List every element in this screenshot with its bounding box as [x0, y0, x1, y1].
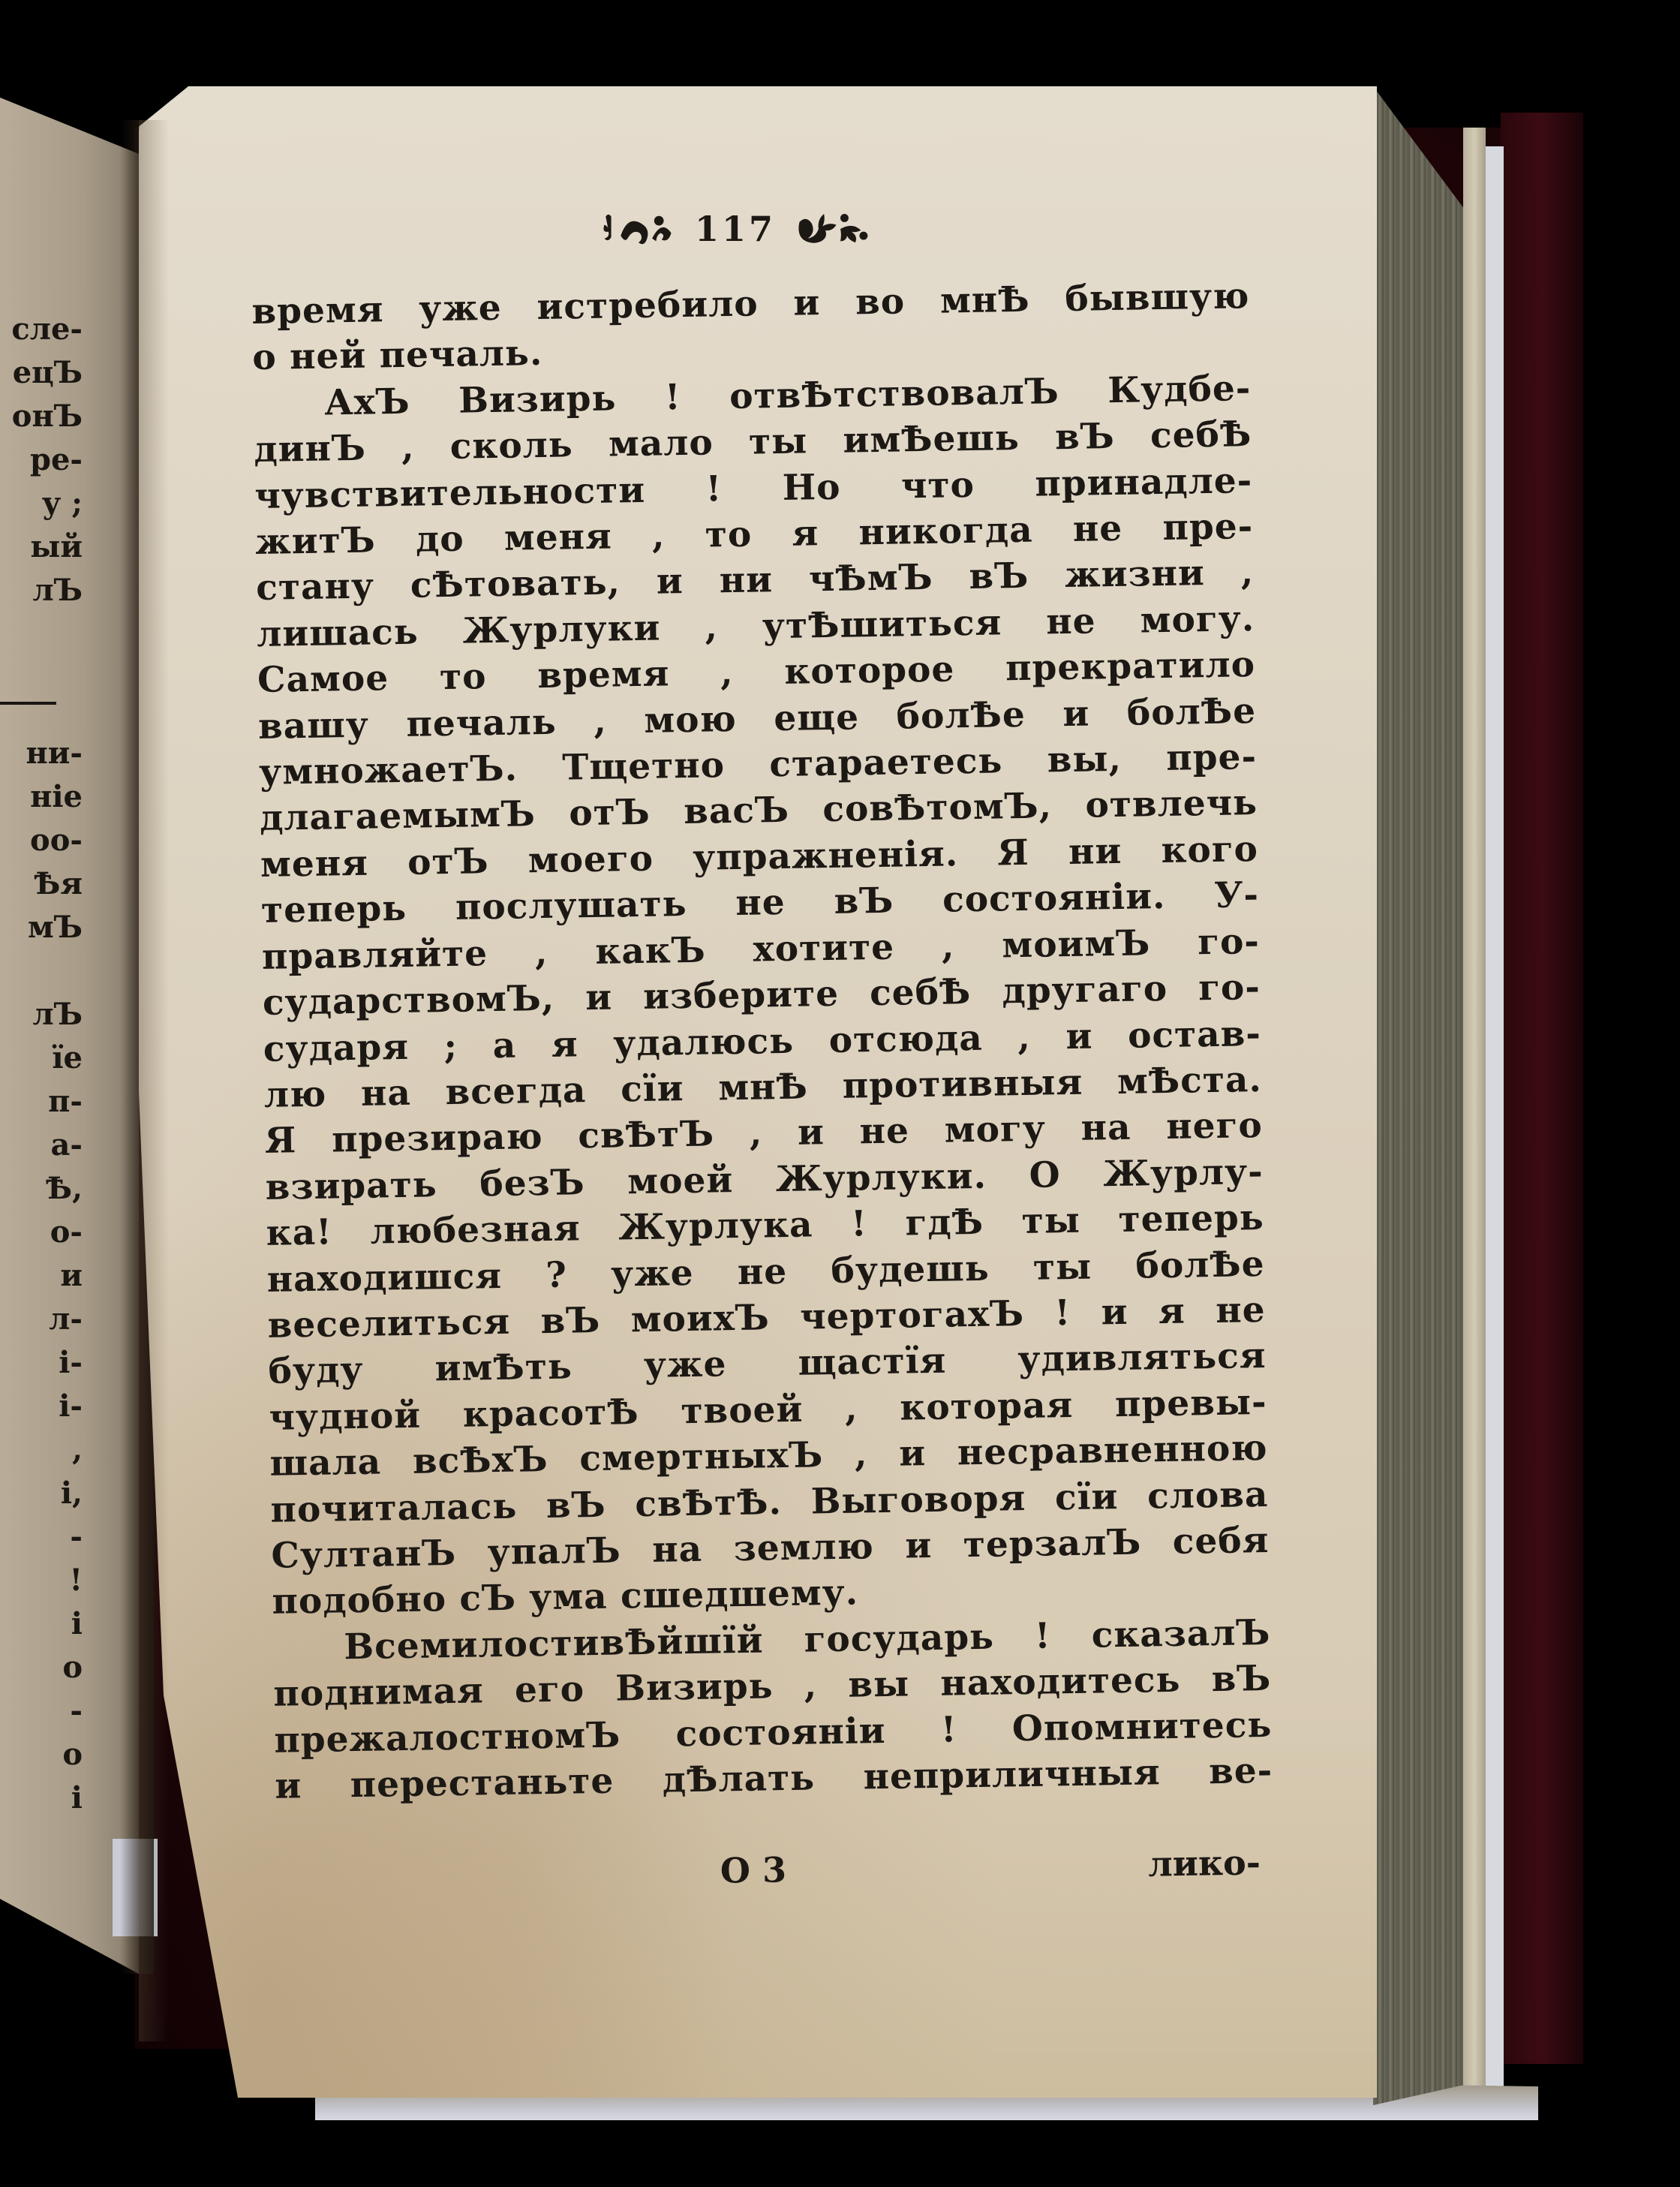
left-fragment: і, — [0, 1472, 83, 1515]
left-fragment: , — [0, 1428, 83, 1472]
left-fragment: л- — [0, 1298, 83, 1341]
left-fragment: о- — [0, 1211, 83, 1254]
left-fragment: сле- — [0, 308, 83, 351]
left-fragment: лЪ — [0, 993, 83, 1036]
left-page-text-fragments: сле- ецЪ онЪ ре- у ; ый лЪ — [0, 308, 83, 612]
signature-mark: О 3 — [720, 1849, 786, 1891]
fleuron-left-icon — [600, 206, 675, 251]
left-page-section-rule — [0, 702, 56, 705]
book-cover-edge — [1501, 113, 1583, 2064]
page-footer: О 3 лико- — [720, 1842, 1261, 1903]
fleuron-right-icon — [795, 206, 870, 251]
left-fragment: ніе — [0, 775, 83, 819]
left-fragment: їе — [0, 1036, 83, 1080]
left-fragment: у ; — [0, 482, 83, 525]
left-fragment: о — [0, 1646, 83, 1689]
left-fragment: ни- — [0, 732, 83, 775]
right-page-gutter-shade — [139, 120, 169, 2041]
left-page-text-fragments-2: ни- ніе оо- Ѣя мЪ лЪ їе п- а- Ѣ, о- и л-… — [0, 732, 83, 1820]
left-fragment — [0, 949, 83, 993]
left-fragment: і- — [0, 1341, 83, 1385]
left-fragment: - — [0, 1515, 83, 1559]
page-header: 117 — [600, 203, 870, 255]
left-fragment: ре- — [0, 438, 83, 482]
left-fragment: лЪ — [0, 569, 83, 612]
left-fragment: - — [0, 1689, 83, 1733]
left-fragment: мЪ — [0, 906, 83, 949]
fore-edge-cream-leaf — [1463, 128, 1486, 2094]
body-text: время уже истребило и во мнѢ бывшую о не… — [251, 273, 1273, 1809]
left-fragment: Ѣ, — [0, 1167, 83, 1211]
left-fragment: ! — [0, 1559, 83, 1602]
left-fragment: і- — [0, 1385, 83, 1428]
left-fragment: ый — [0, 525, 83, 569]
left-fragment: і — [0, 1776, 83, 1820]
left-fragment: а- — [0, 1124, 83, 1167]
left-fragment: и — [0, 1254, 83, 1298]
fore-edge-page-block — [1373, 86, 1463, 2105]
left-fragment: оо- — [0, 819, 83, 862]
page-number: 117 — [695, 209, 776, 249]
fore-edge-white-leaf — [1486, 146, 1504, 2090]
left-fragment: о — [0, 1733, 83, 1776]
left-fragment: і — [0, 1602, 83, 1646]
left-fragment: Ѣя — [0, 862, 83, 906]
catchword: лико- — [1148, 1842, 1261, 1884]
left-fragment: п- — [0, 1080, 83, 1124]
left-fragment: ецЪ — [0, 351, 83, 395]
left-fragment: онЪ — [0, 395, 83, 438]
